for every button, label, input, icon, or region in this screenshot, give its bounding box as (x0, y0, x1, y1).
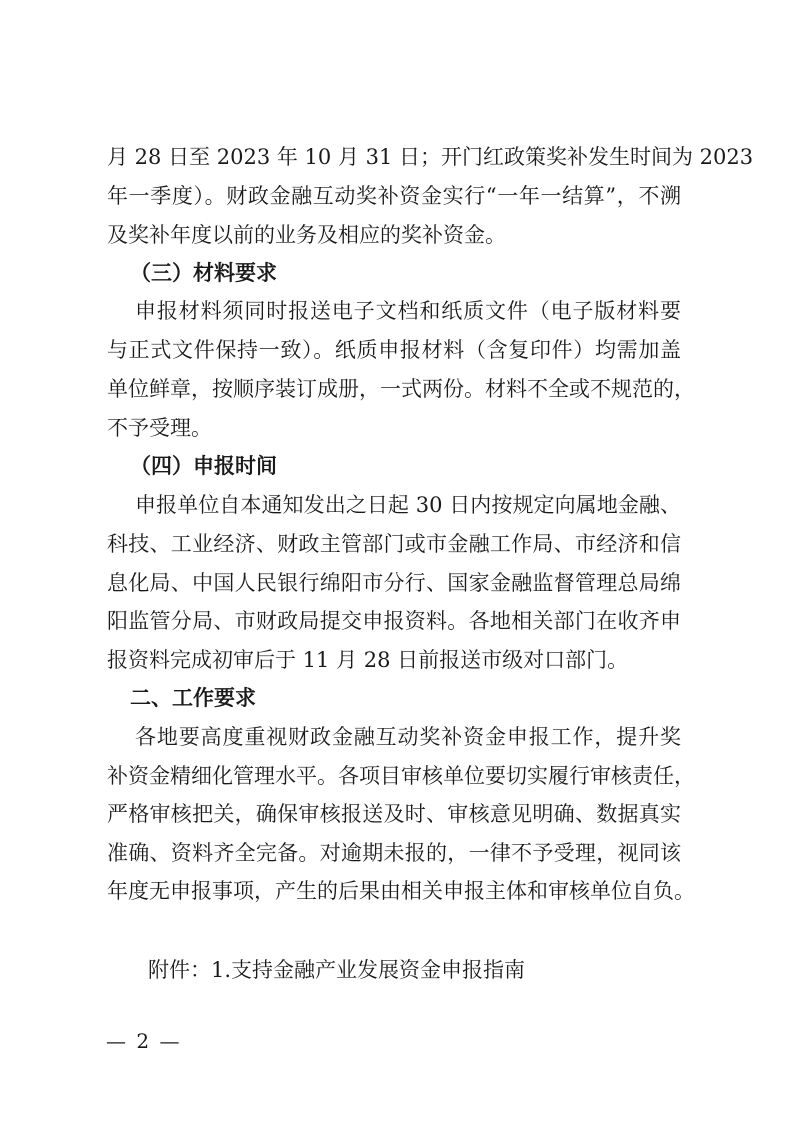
body-line: 月 28 日至 2023 年 10 月 31 日；开门红政策奖补发生时间为 20… (107, 142, 681, 172)
section-heading-deadline: （四）申报时间 (130, 451, 530, 481)
body-line: 与正式文件保持一致）。纸质申报材料（含复印件）均需加盖 (107, 335, 681, 365)
body-line: 息化局、中国人民银行绵阳市分行、国家金融监督管理总局绵 (107, 568, 681, 598)
body-line: 科技、工业经济、财政主管部门或市金融工作局、市经济和信 (107, 529, 681, 559)
section-heading-work-requirements: 二、工作要求 (130, 683, 530, 713)
body-line: 补资金精细化管理水平。各项目审核单位要切实履行审核责任， (107, 761, 681, 791)
body-line: 申报材料须同时报送电子文档和纸质文件（电子版材料要 (135, 296, 681, 326)
page-number: — 2 — (106, 1026, 181, 1056)
body-line: 各地要高度重视财政金融互动奖补资金申报工作，提升奖 (135, 722, 681, 752)
body-line: 年度无申报事项，产生的后果由相关申报主体和审核单位自负。 (107, 876, 681, 906)
body-line: 报资料完成初审后于 11 月 28 日前报送市级对口部门。 (107, 645, 681, 675)
attachment-line: 附件：1.支持金融产业发展资金申报指南 (148, 955, 525, 985)
body-line: 准确、资料齐全完备。对逾期未报的，一律不予受理，视同该 (107, 838, 681, 868)
document-page: 月 28 日至 2023 年 10 月 31 日；开门红政策奖补发生时间为 20… (0, 0, 793, 1122)
body-line: 年一季度）。财政金融互动奖补资金实行“一年一结算”，不溯 (107, 181, 681, 211)
body-line: 申报单位自本通知发出之日起 30 日内按规定向属地金融、 (135, 490, 681, 520)
section-heading-materials: （三）材料要求 (130, 258, 530, 288)
body-line: 单位鲜章，按顺序装订成册，一式两份。材料不全或不规范的， (107, 374, 681, 404)
body-line: 阳监管分局、市财政局提交申报资料。各地相关部门在收齐申 (107, 606, 681, 636)
body-line: 及奖补年度以前的业务及相应的奖补资金。 (107, 220, 681, 250)
body-line: 严格审核把关，确保审核报送及时、审核意见明确、数据真实 (107, 799, 681, 829)
body-line: 不予受理。 (107, 413, 681, 443)
